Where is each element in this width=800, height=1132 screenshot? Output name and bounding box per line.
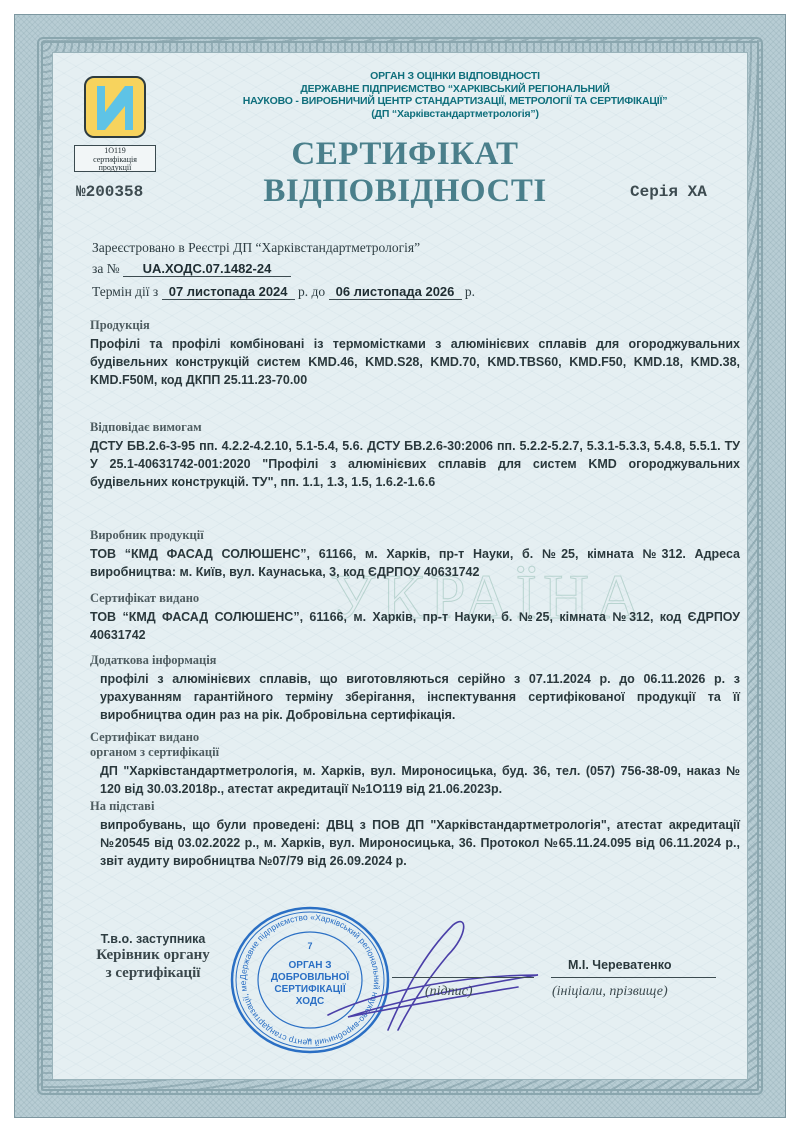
certificate-title: СЕРТИФІКАТ ВІДПОВІДНОСТІ	[170, 136, 640, 210]
registry-line: Зареєстровано в Реєстрі ДП “Харківстанда…	[92, 240, 420, 256]
header-line: ОРГАН З ОЦІНКИ ВІДПОВІДНОСТІ	[160, 70, 750, 83]
section-product: Продукція Профілі та профілі комбіновані…	[90, 318, 740, 389]
to-suffix: р.	[465, 284, 475, 299]
header-line: ДЕРЖАВНЕ ПІДПРИЄМСТВО “ХАРКІВСЬКИЙ РЕГІО…	[160, 83, 750, 96]
section-text: ДП "Харківстандартметрологія, м. Харків,…	[90, 762, 740, 798]
validity-label: Термін дії з	[92, 284, 158, 299]
section-label: Виробник продукції	[90, 528, 740, 543]
section-text: профілі з алюмінієвих сплавів, що вигото…	[90, 670, 740, 724]
section-label: На підставі	[90, 799, 740, 814]
name-caption: (ініціали, прізвище)	[552, 984, 668, 1000]
section-text: ТОВ “КМД ФАСАД СОЛЮШЕНС”, 61166, м. Харк…	[90, 545, 740, 581]
section-text: ТОВ “КМД ФАСАД СОЛЮШЕНС”, 61166, м. Харк…	[90, 608, 740, 644]
header-line: НАУКОВО - ВИРОБНИЧИЙ ЦЕНТР СТАНДАРТИЗАЦІ…	[160, 95, 750, 108]
section-label: Відповідає вимогам	[90, 420, 740, 435]
section-additional-info: Додаткова інформація профілі з алюмінієв…	[90, 653, 740, 724]
caption-line: продукції	[75, 164, 155, 173]
registry-label: Зареєстровано в Реєстрі ДП “Харківстанда…	[92, 240, 420, 255]
signature-caption: (підпис)	[425, 984, 473, 1000]
name-line	[551, 977, 716, 978]
section-label: Додаткова інформація	[90, 653, 740, 668]
valid-from-date: 07 листопада 2024	[162, 284, 295, 300]
section-label: Сертифікат видано	[90, 591, 740, 606]
signatory-role: Т.в.о. заступника Керівник органу з серт…	[78, 932, 228, 982]
role-line: Керівник органу	[78, 946, 228, 964]
signature-line	[392, 977, 534, 978]
handwritten-signature-icon	[318, 905, 548, 1045]
section-basis: На підставі випробувань, що були проведе…	[90, 799, 740, 870]
certificate-series: Серія ХА	[630, 183, 707, 201]
certification-mark-logo	[84, 76, 146, 138]
svg-text:7: 7	[307, 941, 312, 951]
section-label: Сертифікат видано	[90, 730, 740, 745]
from-suffix: р. до	[298, 284, 325, 299]
registration-number: UA.ХОДС.07.1482-24	[123, 261, 291, 277]
header-line: (ДП “Харківстандартметрологія”)	[160, 108, 750, 121]
issuer-header: ОРГАН З ОЦІНКИ ВІДПОВІДНОСТІ ДЕРЖАВНЕ ПІ…	[160, 70, 750, 120]
section-text: Профілі та профілі комбіновані із термом…	[90, 335, 740, 389]
section-issued-by: Сертифікат видано органом з сертифікації…	[90, 730, 740, 798]
accreditation-caption: 1О119 сертифікація продукції	[74, 145, 156, 172]
section-label: Продукція	[90, 318, 740, 333]
section-manufacturer: Виробник продукції ТОВ “КМД ФАСАД СОЛЮШЕ…	[90, 528, 740, 581]
section-requirements: Відповідає вимогам ДСТУ БВ.2.6-3-95 пп. …	[90, 420, 740, 491]
section-issued-to: Сертифікат видано ТОВ “КМД ФАСАД СОЛЮШЕН…	[90, 591, 740, 644]
number-label: за №	[92, 261, 120, 276]
validity-line: Термін дії з 07 листопада 2024 р. до 06 …	[92, 284, 475, 300]
certificate-number: №200358	[76, 183, 143, 201]
role-line: з сертифікації	[78, 964, 228, 982]
role-line: Т.в.о. заступника	[78, 932, 228, 946]
valid-to-date: 06 листопада 2026	[329, 284, 462, 300]
registration-number-line: за № UA.ХОДС.07.1482-24	[92, 261, 291, 277]
ua-conformity-mark-icon	[92, 82, 138, 134]
section-text: випробувань, що були проведені: ДВЦ з ПО…	[90, 816, 740, 870]
section-label: органом з сертифікації	[90, 745, 740, 760]
section-text: ДСТУ БВ.2.6-3-95 пп. 4.2.2-4.2.10, 5.1-5…	[90, 437, 740, 491]
svg-text:*: *	[308, 1037, 312, 1048]
signer-name: М.І. Череватенко	[568, 958, 671, 972]
